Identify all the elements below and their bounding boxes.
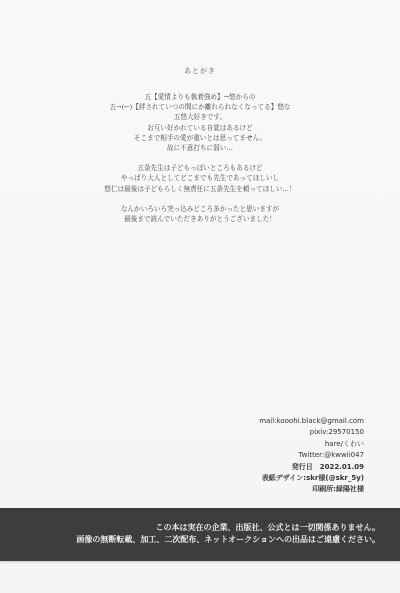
- afterword-line: なんかいろいろ突っ込みどころ多かったと思いますが: [40, 204, 360, 214]
- afterword-line: 五悠大好きです。: [40, 112, 360, 122]
- disclaimer-line: 画像の無断転載、加工、二次配布、ネットオークションへの出品はご遠慮ください。: [76, 534, 380, 546]
- afterword-line: 五→(←)【絆されていつの間にか離れられなくなってる】悠な: [40, 102, 360, 112]
- colophon: mail:kooohi.black@gmail.com pixiv:295701…: [259, 416, 364, 496]
- afterword-paragraph: 五【愛情よりも執着強め】→悠からの 五→(←)【絆されていつの間にか離れられなく…: [40, 92, 360, 153]
- afterword-line: 故に不意打ちに弱い…: [40, 143, 360, 153]
- afterword-line: 最後まで読んでいただきありがとうございました！: [40, 214, 360, 224]
- afterword-paragraph: なんかいろいろ突っ込みどころ多かったと思いますが 最後まで読んでいただきありがと…: [40, 204, 360, 224]
- afterword-line: 悠仁は最後は子どもらしく無責任に五条先生を頼ってほしい…！: [40, 184, 360, 194]
- afterword-line: 五条先生は子どもっぽいところもあるけど: [40, 163, 360, 173]
- afterword-line: お互い好かれている自覚はあるけど: [40, 123, 360, 133]
- afterword-heading: あとがき: [0, 66, 400, 76]
- cover-design-credit: 表紙デザイン:skr様(@skr_5y): [259, 473, 364, 484]
- pixiv-id: pixiv:29570150: [259, 427, 364, 438]
- contact-email: mail:kooohi.black@gmail.com: [259, 416, 364, 427]
- afterword-line: そこまで相手の愛が重いとは思ってません。: [40, 133, 360, 143]
- afterword-paragraph: 五条先生は子どもっぽいところもあるけど やっぱり大人としてどこまでも先生であって…: [40, 163, 360, 194]
- disclaimer-line: この本は実在の企業、出版社、公式とは一切関係ありません。: [76, 522, 380, 534]
- disclaimer-notice: この本は実在の企業、出版社、公式とは一切関係ありません。 画像の無断転載、加工、…: [76, 522, 380, 546]
- afterword-line: やっぱり大人としてどこまでも先生であってほしいし: [40, 173, 360, 183]
- author-name: hare/くわい: [259, 439, 364, 450]
- afterword-line: 五【愛情よりも執着強め】→悠からの: [40, 92, 360, 102]
- publish-date: 発行日 2022.01.09: [259, 462, 364, 473]
- printer-credit: 印刷所:緑陽社様: [259, 484, 364, 495]
- afterword-body: 五【愛情よりも執着強め】→悠からの 五→(←)【絆されていつの間にか離れられなく…: [40, 92, 360, 234]
- book-page: あとがき 五【愛情よりも執着強め】→悠からの 五→(←)【絆されていつの間にか離…: [0, 0, 400, 593]
- twitter-handle: Twitter:@kwwii047: [259, 450, 364, 461]
